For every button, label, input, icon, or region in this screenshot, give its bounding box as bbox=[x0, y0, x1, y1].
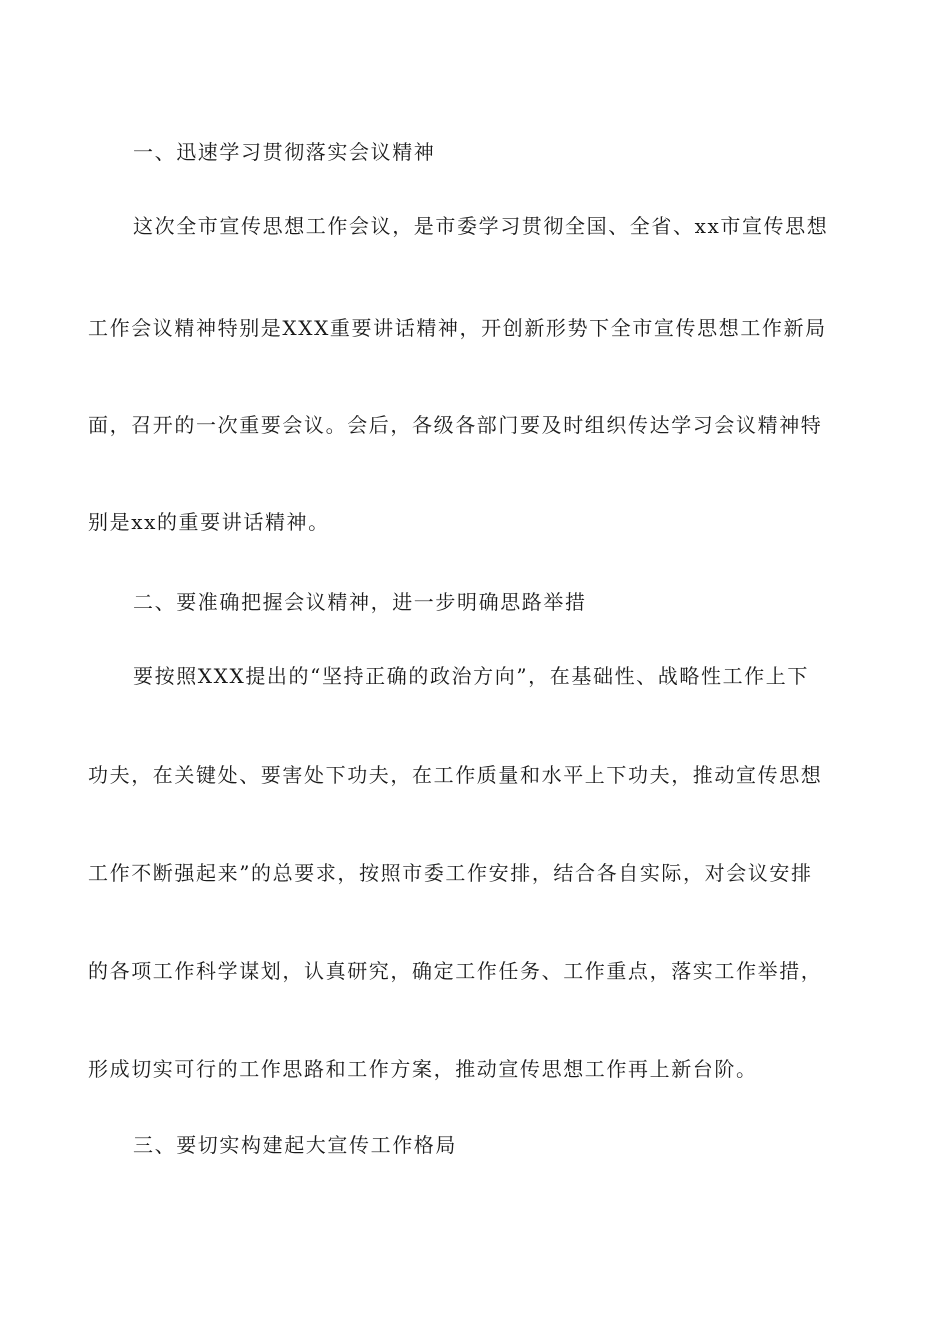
paragraph-line: 这次全市宣传思想工作会议，是市委学习贯彻全国、全省、xx市宣传思想 bbox=[133, 214, 828, 238]
paragraph-line: 功夫，在关键处、要害处下功夫，在工作质量和水平上下功夫，推动宣传思想 bbox=[88, 763, 822, 787]
document-page: 一、迅速学习贯彻落实会议精神 这次全市宣传思想工作会议，是市委学习贯彻全国、全省… bbox=[0, 0, 950, 1344]
paragraph-line: 别是xx的重要讲话精神。 bbox=[88, 510, 330, 534]
paragraph-line: 工作会议精神特别是XXX重要讲话精神，开创新形势下全市宣传思想工作新局 bbox=[88, 316, 827, 340]
paragraph-line: 工作不断强起来”的总要求，按照市委工作安排，结合各自实际，对会议安排 bbox=[88, 861, 813, 885]
paragraph-line: 形成切实可行的工作思路和工作方案，推动宣传思想工作再上新台阶。 bbox=[88, 1057, 758, 1081]
section-heading-3: 三、要切实构建起大宣传工作格局 bbox=[133, 1133, 457, 1157]
section-heading-1: 一、迅速学习贯彻落实会议精神 bbox=[133, 140, 435, 164]
paragraph-line: 面，召开的一次重要会议。会后，各级各部门要及时组织传达学习会议精神特 bbox=[88, 413, 822, 437]
paragraph-line: 的各项工作科学谋划，认真研究，确定工作任务、工作重点，落实工作举措， bbox=[88, 959, 822, 983]
paragraph-line: 要按照XXX提出的“坚持正确的政治方向”，在基础性、战略性工作上下 bbox=[133, 664, 809, 688]
section-heading-2: 二、要准确把握会议精神，进一步明确思路举措 bbox=[133, 590, 587, 614]
